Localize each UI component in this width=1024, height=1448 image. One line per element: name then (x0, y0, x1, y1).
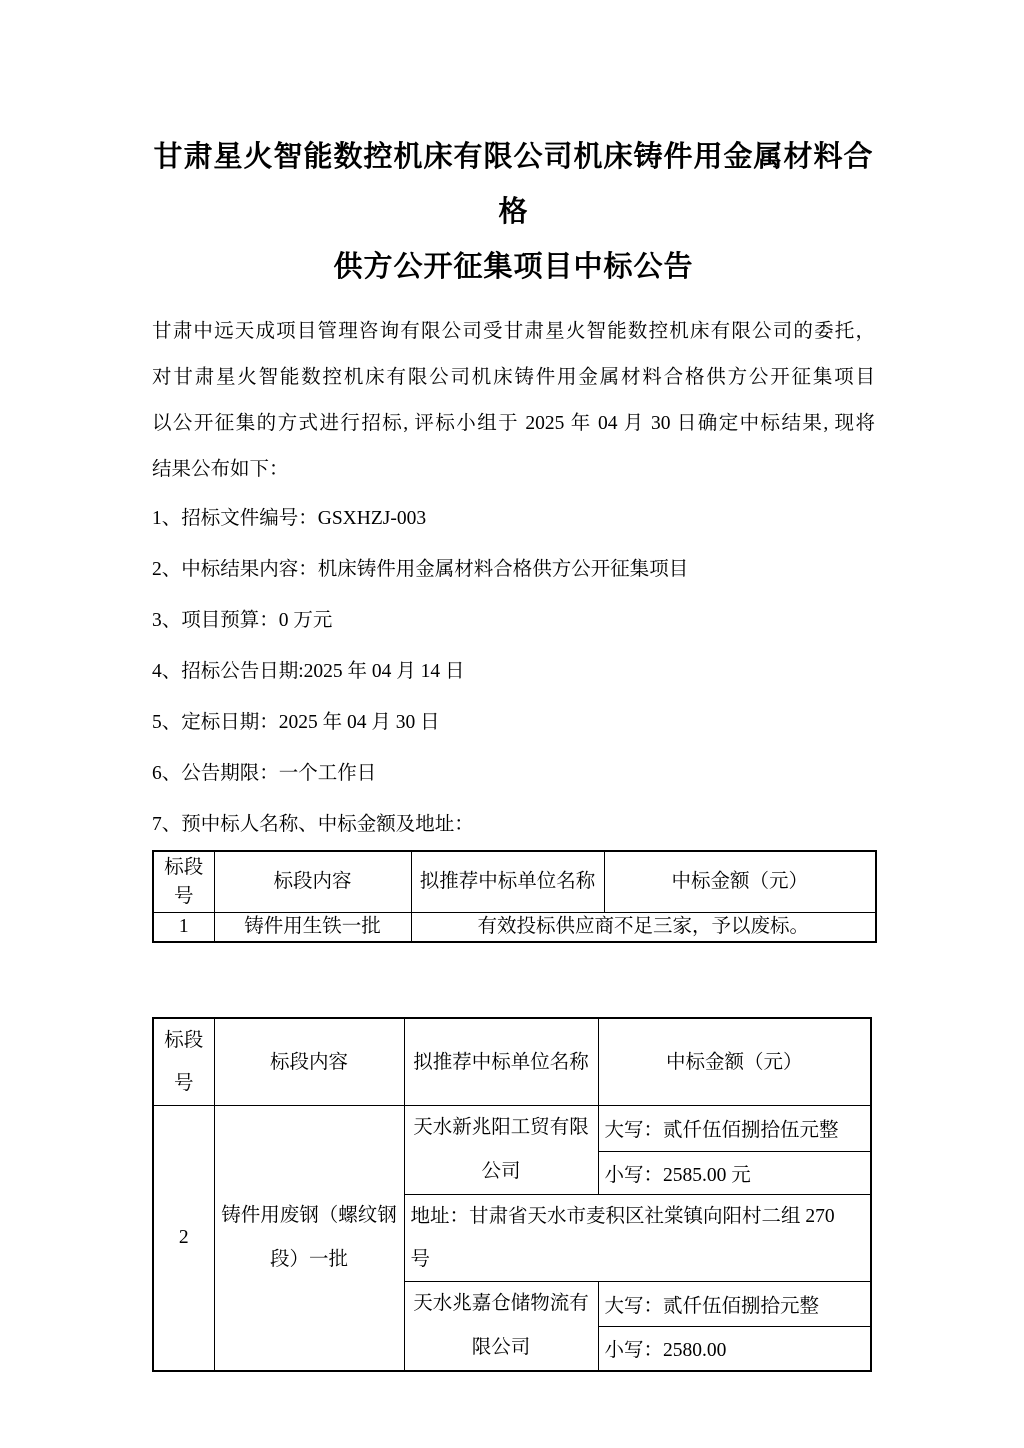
header-lot-content: 标段内容 (214, 1018, 404, 1106)
list-item-2: 2、中标结果内容：机床铸件用金属材料合格供方公开征集项目 (152, 544, 875, 595)
intro-line-2: 对甘肃星火智能数控机床有限公司机床铸件用金属材料合格供方公开征集项目 (152, 355, 875, 401)
cell-lot-content: 铸件用废钢（螺纹钢段）一批 (214, 1106, 404, 1372)
lot1-result-table: 标段号 标段内容 拟推荐中标单位名称 中标金额（元） 1 铸件用生铁一批 有效投… (152, 850, 877, 943)
cell-winner1-amount-words: 大写：贰仟伍佰捌拾伍元整 (598, 1106, 871, 1152)
cell-lot-no: 1 (153, 912, 214, 942)
table-header-row: 标段号 标段内容 拟推荐中标单位名称 中标金额（元） (153, 1018, 871, 1106)
header-winner-name: 拟推荐中标单位名称 (404, 1018, 598, 1106)
intro-line-3: 以公开征集的方式进行招标, 评标小组于 2025 年 04 月 30 日确定中标… (152, 401, 875, 447)
page-title: 甘肃星火智能数控机床有限公司机床铸件用金属材料合格 供方公开征集项目中标公告 (152, 130, 875, 295)
header-award-amount: 中标金额（元） (598, 1018, 871, 1106)
cell-winner2-amount-words: 大写：贰仟伍佰捌拾元整 (598, 1282, 871, 1327)
cell-winner2-name: 天水兆嘉仓储物流有限公司 (404, 1282, 598, 1372)
intro-line-4: 结果公布如下： (152, 447, 875, 493)
header-winner-name: 拟推荐中标单位名称 (411, 851, 604, 912)
cell-lot-result: 有效投标供应商不足三家，予以废标。 (411, 912, 876, 942)
document-content: 甘肃星火智能数控机床有限公司机床铸件用金属材料合格 供方公开征集项目中标公告 甘… (152, 0, 875, 1372)
table-header-row: 标段号 标段内容 拟推荐中标单位名称 中标金额（元） (153, 851, 876, 912)
cell-lot-content: 铸件用生铁一批 (214, 912, 411, 942)
intro-line-1: 甘肃中远天成项目管理咨询有限公司受甘肃星火智能数控机床有限公司的委托， (152, 309, 875, 355)
lot2-result-table: 标段号 标段内容 拟推荐中标单位名称 中标金额（元） 2 铸件用废钢（螺纹钢段）… (152, 1017, 872, 1372)
list-item-7: 7、预中标人名称、中标金额及地址： (152, 799, 875, 850)
table-row: 1 铸件用生铁一批 有效投标供应商不足三家，予以废标。 (153, 912, 876, 942)
page-title-line-2: 供方公开征集项目中标公告 (152, 240, 875, 295)
list-item-6: 6、公告期限：一个工作日 (152, 748, 875, 799)
header-lot-content: 标段内容 (214, 851, 411, 912)
header-award-amount: 中标金额（元） (604, 851, 876, 912)
list-item-4: 4、招标公告日期:2025 年 04 月 14 日 (152, 646, 875, 697)
header-lot-no: 标段号 (153, 1018, 214, 1106)
cell-winner1-name: 天水新兆阳工贸有限公司 (404, 1106, 598, 1195)
header-lot-no: 标段号 (153, 851, 214, 912)
list-item-5: 5、定标日期：2025 年 04 月 30 日 (152, 697, 875, 748)
document-page: 甘肃星火智能数控机床有限公司机床铸件用金属材料合格 供方公开征集项目中标公告 甘… (0, 0, 1024, 1448)
cell-lot-no: 2 (153, 1106, 214, 1372)
list-item-3: 3、项目预算：0 万元 (152, 595, 875, 646)
page-title-line-1: 甘肃星火智能数控机床有限公司机床铸件用金属材料合格 (152, 130, 875, 240)
cell-winner2-amount-figures: 小写：2580.00 (598, 1326, 871, 1371)
table-row: 2 铸件用废钢（螺纹钢段）一批 天水新兆阳工贸有限公司 大写：贰仟伍佰捌拾伍元整 (153, 1106, 871, 1152)
list-item-1: 1、招标文件编号：GSXHZJ-003 (152, 493, 875, 544)
cell-winner1-address: 地址：甘肃省天水市麦积区社棠镇向阳村二组 270 号 (404, 1195, 871, 1282)
intro-paragraph: 甘肃中远天成项目管理咨询有限公司受甘肃星火智能数控机床有限公司的委托， 对甘肃星… (152, 309, 875, 493)
numbered-list: 1、招标文件编号：GSXHZJ-003 2、中标结果内容：机床铸件用金属材料合格… (152, 493, 875, 850)
cell-winner1-amount-figures: 小写：2585.00 元 (598, 1151, 871, 1194)
